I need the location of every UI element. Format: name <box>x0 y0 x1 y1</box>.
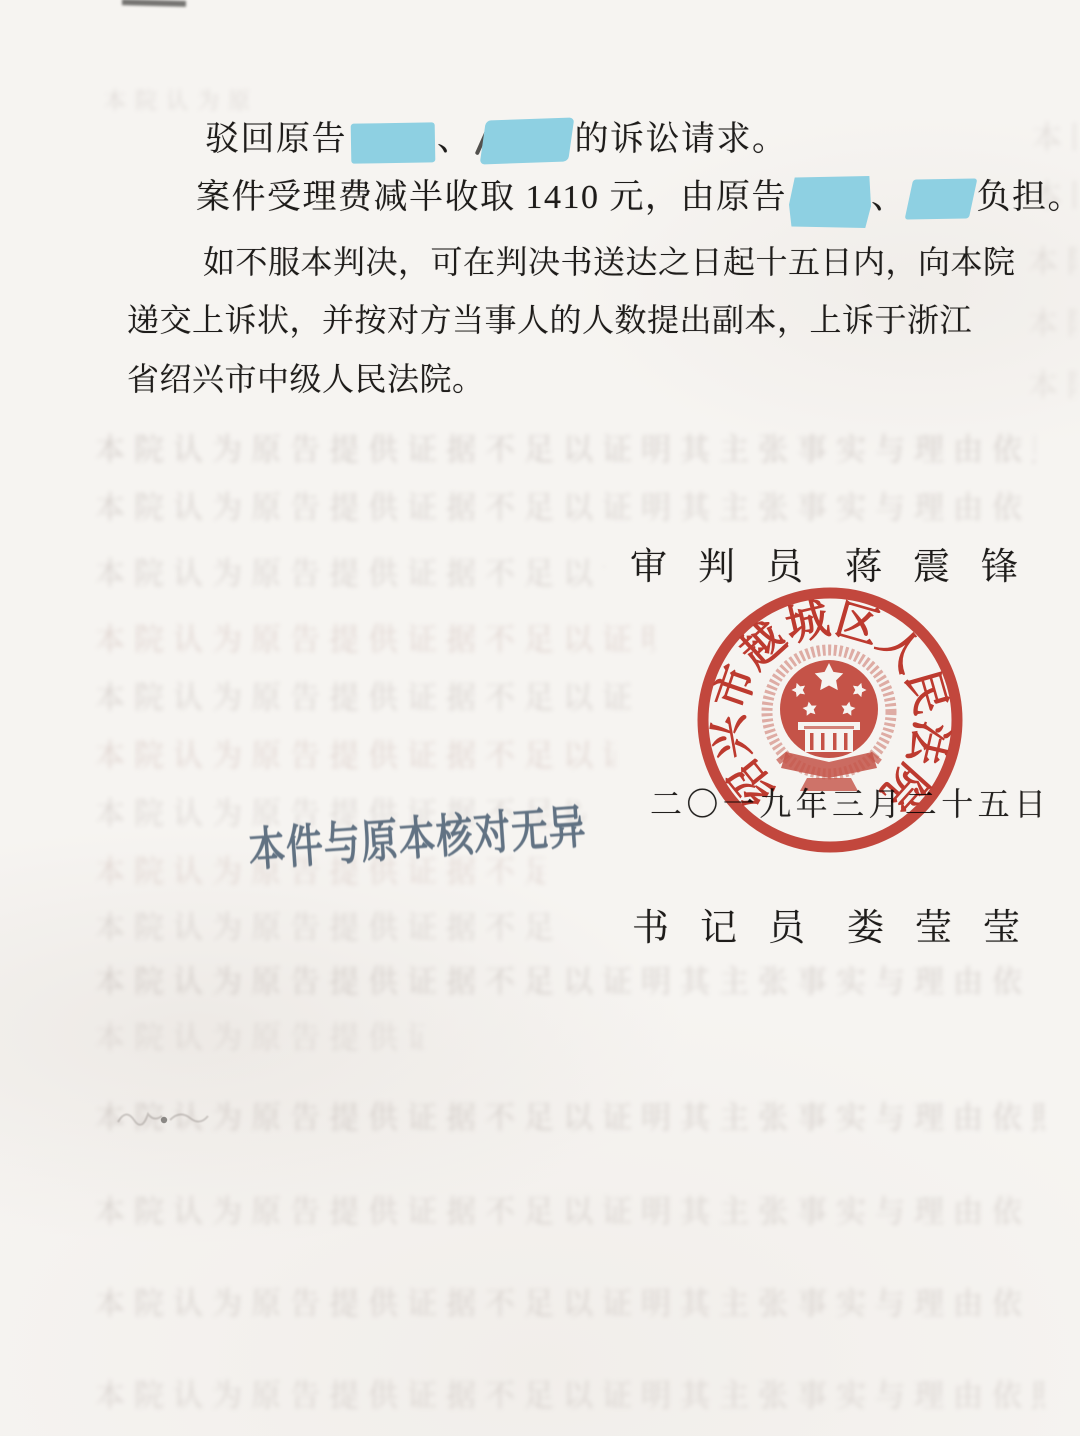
bleed-through-row: 本院认为原告提供证据不足以证明其主张事实与理由依照法律规定判决如下案件受理费由被… <box>1028 297 1076 337</box>
bleed-through-row: 本院认为原告提供证据不足以证明其主张事实与理由依照法律规定判决如下案件受理费由被… <box>95 481 1025 521</box>
bleed-through-row: 本院认为原告提供证据不足以证明其主张事实与理由依照法律规定判决如下案件受理费由被… <box>95 671 640 711</box>
judgment-line-dismiss-claim: 驳回原告、的诉讼请求。 <box>205 120 788 163</box>
redaction-box <box>789 176 871 228</box>
redaction-box <box>479 117 574 164</box>
appeal-instructions-line-2: 递交上诉状，并按对方当事人的人数提出副本，上诉于浙江 <box>127 301 972 339</box>
scan-edge-mark <box>122 0 186 7</box>
line2-text-pre: 案件受理费减半收取 1410 元，由原告 <box>196 178 787 219</box>
bleed-through-row: 本院认为原告提供证据不足以证明其主张事实与理由依照法律规定判决如下案件受理费由被… <box>95 613 655 653</box>
bleed-through-row: 本院认为原告提供证据不足以证明其主张事实与理由依照法律规定判决如下案件受理费由被… <box>95 901 555 941</box>
verification-stamp: 本件与原本核对无异 <box>246 790 588 879</box>
line1-text-post: 的诉讼请求。 <box>575 120 788 161</box>
line2-text-post: 负担。 <box>977 178 1080 219</box>
bleed-through-row: 本院认为原告提供证据不足以证明其主张事实与理由依照法律规定判决如下案件受理费由被… <box>1032 111 1076 151</box>
bleed-through-row: 本院认为原告提供证据不足以证明其主张事实与理由依照法律规定判决如下案件受理费由被… <box>95 729 615 769</box>
handwritten-scribble <box>112 1092 242 1142</box>
appeal-instructions-line-3: 省绍兴市中级人民法院。 <box>127 360 485 398</box>
judgment-date: 二〇一九年三月二十五日 <box>650 779 1050 825</box>
redaction-box <box>904 178 977 219</box>
line1-text-pre: 驳回原告 <box>205 120 347 161</box>
seal-ring-char: 兴 <box>705 711 759 762</box>
bleed-through-row: 本院认为原告提供证据不足以证明其主张事实与理由依照法律规定判决如下案件受理费由被… <box>95 1277 1030 1317</box>
bleed-through-row: 本院认为原告提供证据不足以证明其主张事实与理由依照法律规定判决如下案件受理费由被… <box>95 423 1035 463</box>
judgment-line-court-fee: 案件受理费减半收取 1410 元，由原告、负担。 <box>196 178 1080 228</box>
bleed-through-row: 本院认为原告提供证据不足以证明其主张事实与理由依照法律规定判决如下案件受理费由被… <box>95 1011 425 1051</box>
clerk-role-label: 书记员 <box>632 908 836 949</box>
bleed-through-row: 本院认为原告提供证据不足以证明其主张事实与理由依照法律规定判决如下案件受理费由被… <box>1028 359 1076 399</box>
clerk-signature-line: 书记员娄莹莹 <box>632 897 1051 951</box>
clerk-name: 娄莹莹 <box>847 908 1051 949</box>
bleed-through-row: 本院认为原告提供证据不足以证明其主张事实与理由依照法律规定判决如下案件受理费由被… <box>95 1185 1030 1225</box>
bleed-through-row: 本院认为原告提供证据不足以证明其主张事实与理由依照法律规定判决如下案件受理费由被… <box>95 547 605 587</box>
line1-separator: 、 <box>437 120 473 161</box>
document-page: 本院认为原告提供证据不足以证明其主张事实与理由依照法律规定判决如下案件受理费由被… <box>0 0 1080 1436</box>
appeal-instructions-line-1: 如不服本判决，可在判决书送达之日起十五日内，向本院 <box>203 243 1016 281</box>
bleed-through-row: 本院认为原告提供证据不足以证明其主张事实与理由依照法律规定判决如下案件受理费由被… <box>95 955 1030 995</box>
bleed-through-row: 本院认为原告提供证据不足以证明其主张事实与理由依照法律规定判决如下案件受理费由被… <box>95 1369 1045 1409</box>
line2-separator: 、 <box>871 178 907 219</box>
bleed-through-row: 本院认为原告提供证据不足以证明其主张事实与理由依照法律规定判决如下案件受理费由被… <box>104 83 254 123</box>
seal-ring-char: 城 <box>781 596 833 651</box>
redaction-box <box>351 122 436 163</box>
bleed-through-row: 本院认为原告提供证据不足以证明其主张事实与理由依照法律规定判决如下案件受理费由被… <box>1028 235 1076 275</box>
national-emblem <box>767 650 891 791</box>
